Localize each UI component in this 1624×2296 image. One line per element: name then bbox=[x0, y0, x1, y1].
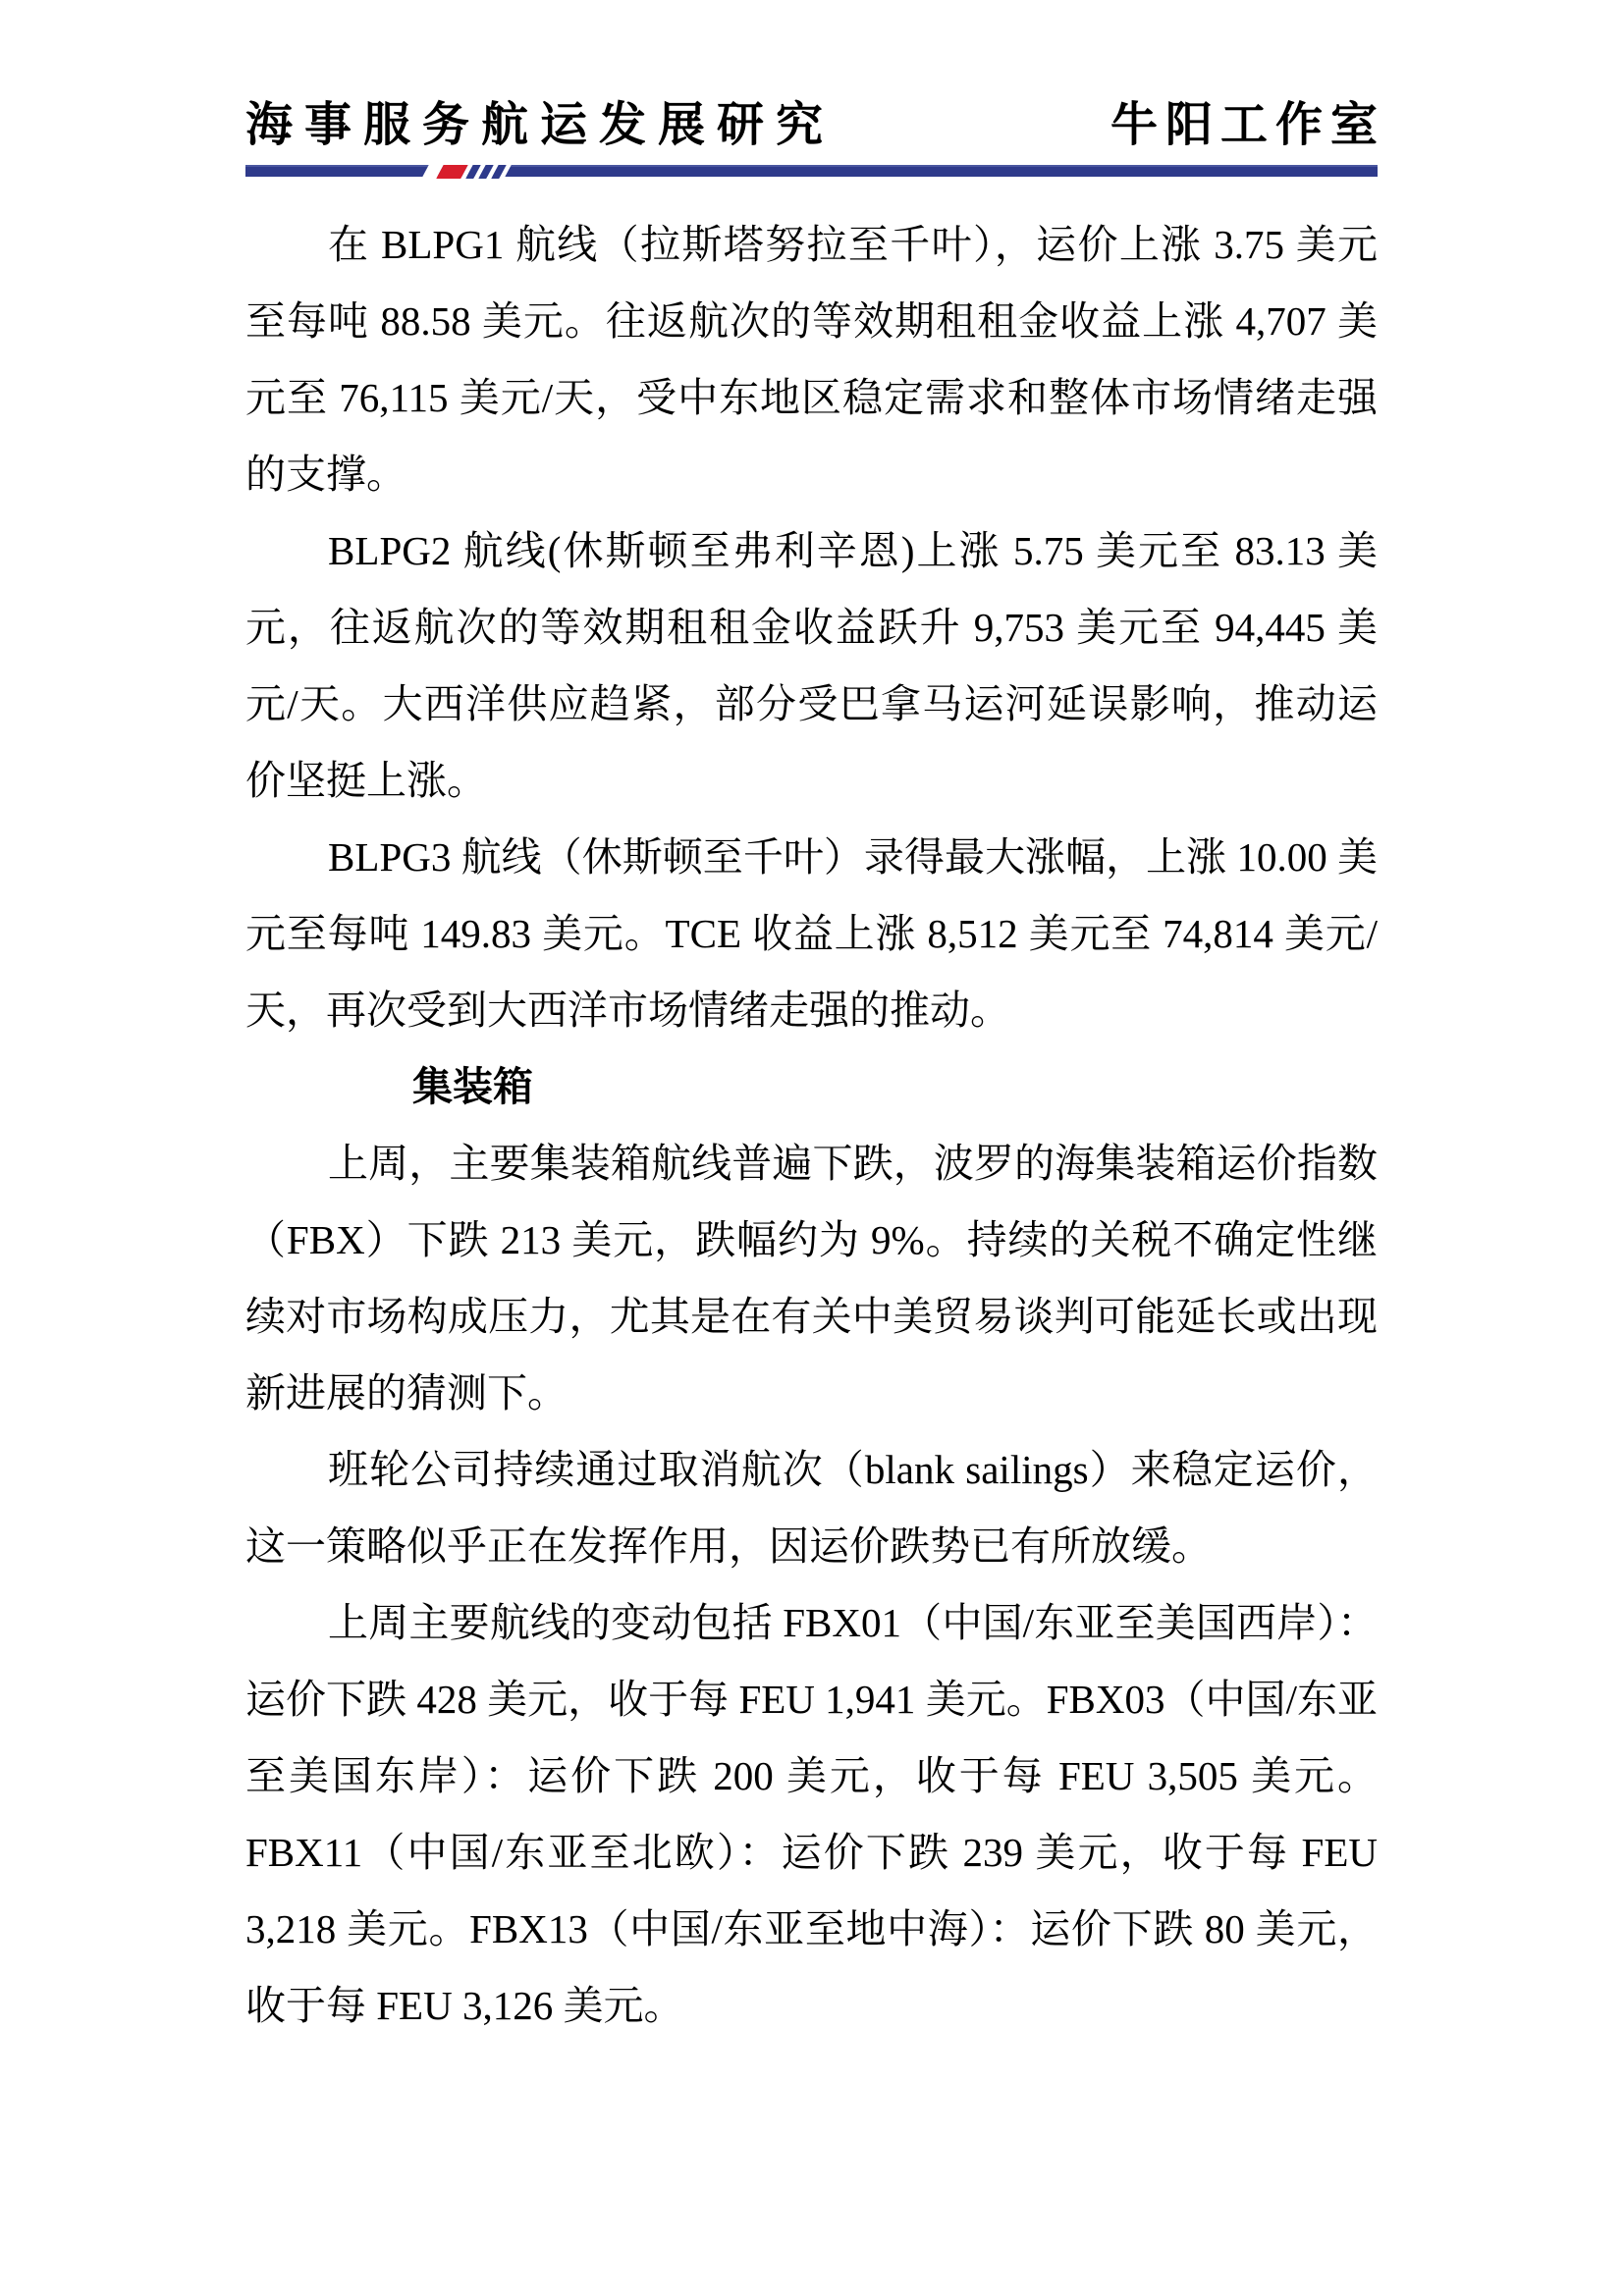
paragraph-blpg2: BLPG2 航线(休斯顿至弗利辛恩)上涨 5.75 美元至 83.13 美元，往… bbox=[245, 512, 1378, 819]
paragraph-blpg1: 在 BLPG1 航线（拉斯塔努拉至千叶），运价上涨 3.75 美元至每吨 88.… bbox=[245, 206, 1378, 512]
section-heading-containers: 集装箱 bbox=[245, 1048, 1378, 1125]
page-title: 海事服务航运发展研究 bbox=[245, 98, 835, 153]
page-header: 海事服务航运发展研究 牛阳工作室 bbox=[245, 0, 1378, 177]
paragraph-fbx-overview: 上周，主要集装箱航线普遍下跌，波罗的海集装箱运价指数（FBX）下跌 213 美元… bbox=[245, 1125, 1378, 1431]
paragraph-blpg3: BLPG3 航线（休斯顿至千叶）录得最大涨幅，上涨 10.00 美元至每吨 14… bbox=[245, 819, 1378, 1048]
header-divider-rule bbox=[245, 165, 1378, 177]
content-column: 海事服务航运发展研究 牛阳工作室 在 BLPG1 航线（拉斯塔努拉至千叶） bbox=[245, 0, 1378, 2044]
document-body: 在 BLPG1 航线（拉斯塔努拉至千叶），运价上涨 3.75 美元至每吨 88.… bbox=[245, 206, 1378, 2044]
paragraph-fbx-routes: 上周主要航线的变动包括 FBX01（中国/东亚至美国西岸）：运价下跌 428 美… bbox=[245, 1584, 1378, 2044]
studio-title: 牛阳工作室 bbox=[1110, 98, 1385, 153]
header-title-row: 海事服务航运发展研究 牛阳工作室 bbox=[245, 0, 1378, 153]
document-page: 海事服务航运发展研究 牛阳工作室 在 BLPG1 航线（拉斯塔努拉至千叶） bbox=[0, 0, 1624, 2296]
paragraph-blank-sailings: 班轮公司持续通过取消航次（blank sailings）来稳定运价，这一策略似乎… bbox=[245, 1431, 1378, 1584]
divider-accent-stripes bbox=[425, 165, 508, 179]
